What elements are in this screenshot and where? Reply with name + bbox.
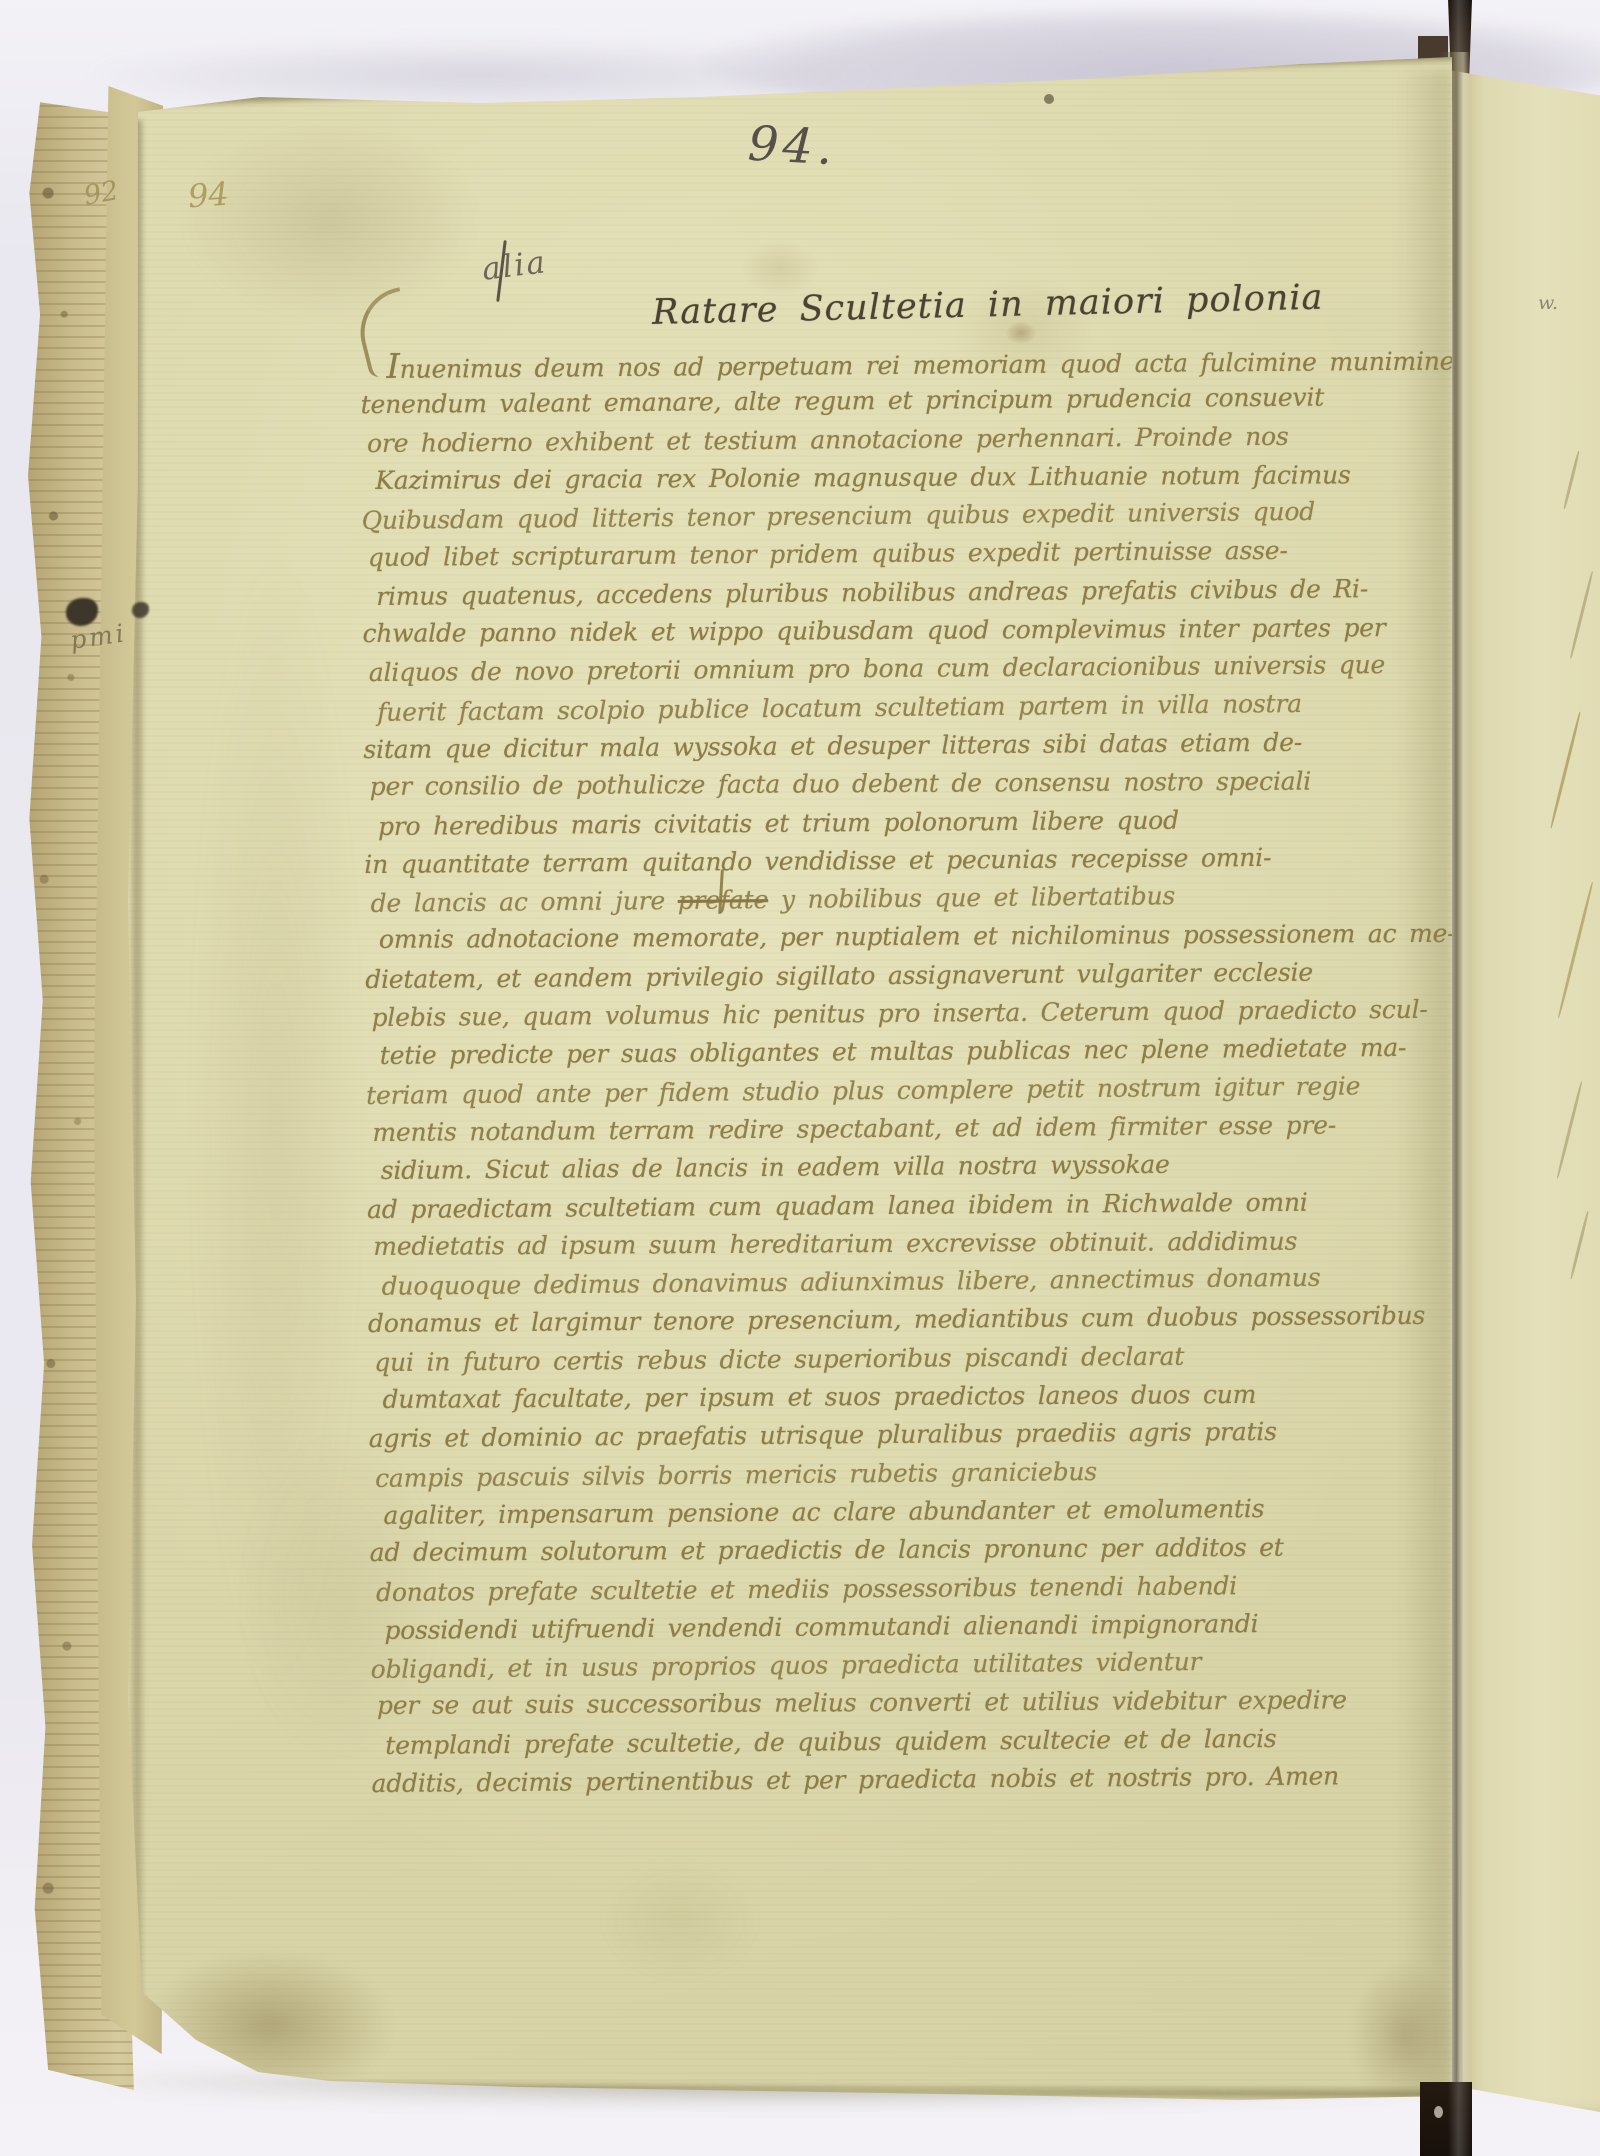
plastic-strip	[1448, 0, 1472, 2156]
facing-page: w.	[1452, 50, 1600, 2112]
page-number-top: 94.	[747, 116, 838, 177]
struck-word: prefate	[678, 885, 769, 915]
facing-page-mark: w.	[1538, 292, 1558, 314]
previous-folio-number: 92	[82, 175, 121, 211]
facing-ink-stroke	[1557, 882, 1594, 1019]
folio-number: 94	[187, 175, 230, 216]
facing-ink-stroke	[1550, 711, 1582, 828]
facing-ink-stroke	[1570, 1211, 1590, 1280]
line-text: de lancis ac omni jure	[371, 886, 678, 918]
manuscript-text-block: Inuenimus deum nos ad perpetuam rei memo…	[360, 340, 1401, 1803]
manuscript-line: dumtaxat facultate, per ipsum et suos pr…	[368, 1375, 1398, 1419]
manuscript-line: donatos prefate scultetie et mediis poss…	[370, 1565, 1400, 1611]
manuscript-line: quod libet scripturarum tenor pridem qui…	[362, 531, 1392, 577]
manuscript-line: additis, decimis pertinentibus et per pr…	[371, 1757, 1401, 1803]
manuscript-line: per consilio de pothulicze facta duo deb…	[364, 762, 1394, 806]
manuscript-line: plebis sue, quam volumus hic penitus pro…	[365, 991, 1395, 1037]
manuscript-line: mentis notandum terram redire spectabant…	[366, 1106, 1396, 1152]
manuscript-page: 94. 94 alia Ratare Scultetia in maiori p…	[0, 0, 1600, 2156]
facing-ink-stroke	[1569, 571, 1594, 659]
line-text: y nobilibus que et libertatibus	[768, 881, 1175, 914]
manuscript-line: per se aut suis successoribus melius con…	[371, 1681, 1401, 1725]
manuscript-line: ad praedictam scultetiam cum quadam lane…	[367, 1182, 1397, 1228]
strap-speck	[1434, 2106, 1443, 2118]
manuscript-photo: w. 94. 94 alia Ratare Scultetia in maior…	[0, 0, 1600, 2156]
manuscript-line: omnis adnotacione memorate, per nuptiale…	[365, 915, 1395, 959]
facing-ink-stroke	[1556, 1081, 1583, 1179]
facing-ink-stroke	[1563, 451, 1580, 510]
